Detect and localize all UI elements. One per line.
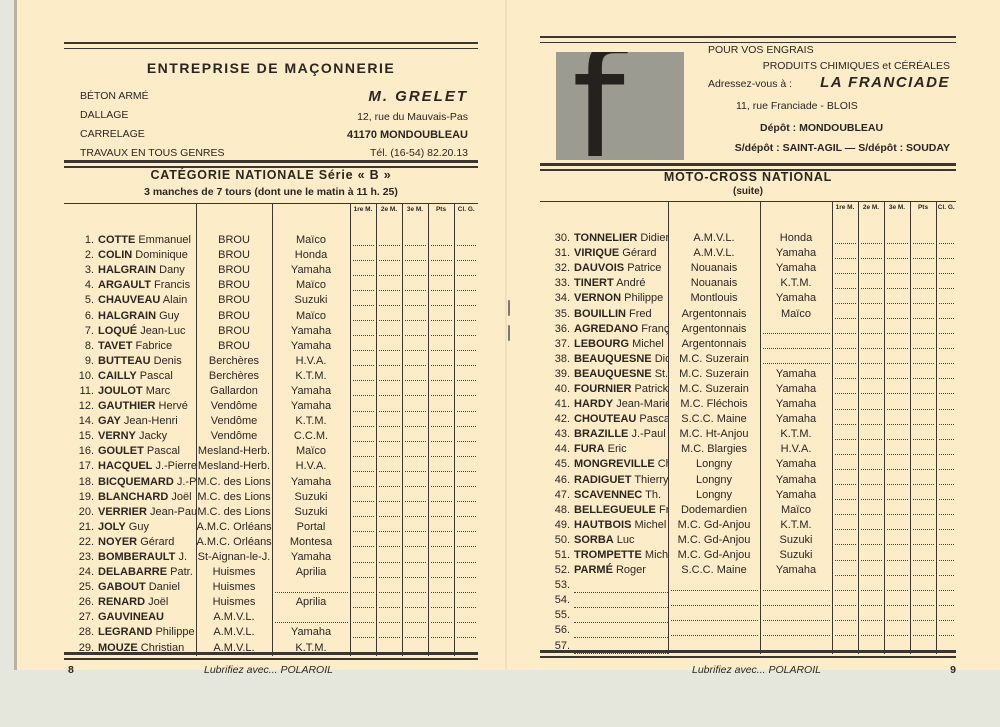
rider-row: 25.GABOUT DanielHuismes <box>64 580 478 595</box>
rider-last-name: LOQUÉ <box>98 325 137 337</box>
heat-3-score-field <box>405 622 426 623</box>
rider-number: 35. <box>540 307 570 322</box>
rider-motorcycle: Yamaha <box>272 550 350 565</box>
rider-number: 11. <box>64 384 94 399</box>
rider-motorcycle: Suzuki <box>272 293 350 308</box>
rider-number: 10. <box>64 369 94 384</box>
general-ranking-field <box>939 469 955 470</box>
rider-name-cell: 35.BOUILLIN Fred <box>540 306 668 321</box>
rider-number: 53. <box>540 578 570 593</box>
rider-first-name: Philippe <box>624 292 663 304</box>
rider-last-name: BICQUEMARD <box>98 476 174 488</box>
rider-last-name: AGREDANO <box>574 323 638 335</box>
rider-club: M.C. des Lions <box>196 505 272 520</box>
rider-motorcycle: K.T.M. <box>760 427 832 442</box>
rider-motorcycle: H.V.A. <box>272 354 350 369</box>
heat-3-score-field <box>405 335 426 336</box>
rider-last-name: HALGRAIN <box>98 310 156 322</box>
rider-club: A.M.V.L. <box>668 246 760 261</box>
col-header-3rd-heat: 3e M. <box>884 201 910 231</box>
rider-club: M.C. Gd-Anjou <box>668 548 760 563</box>
general-ranking-field <box>457 531 477 532</box>
points-score-field <box>913 439 934 440</box>
heat-3-score-field <box>405 426 426 427</box>
rider-name-cell: 46.RADIGUET Thierry <box>540 473 668 488</box>
rider-last-name: BEAUQUESNE <box>574 368 652 380</box>
rider-first-name: Joël <box>171 491 191 503</box>
page-gutter <box>505 0 507 670</box>
rider-first-name: Jean-Paul <box>150 506 196 518</box>
table-bottom-rule <box>64 652 478 660</box>
rider-last-name: GAUVINEAU <box>98 611 164 623</box>
heat-2-score-field <box>379 501 400 502</box>
general-ranking-field <box>939 560 955 561</box>
heat-3-score-field <box>405 411 426 412</box>
heat-2-score-field <box>379 380 400 381</box>
rider-row: 6.HALGRAIN GuyBROUMaïco <box>64 308 478 323</box>
rider-last-name: HAUTBOIS <box>574 519 631 531</box>
heat-3-score-field <box>405 365 426 366</box>
heat-3-score-field <box>405 562 426 563</box>
ad-service: CARRELAGE <box>80 128 145 140</box>
blank-entry-line <box>671 590 758 591</box>
rider-club: Longny <box>668 488 760 503</box>
rider-first-name: Francis <box>154 279 190 291</box>
rider-first-name: Hervé <box>159 400 188 412</box>
heat-3-score-field <box>405 441 426 442</box>
rider-number: 22. <box>64 535 94 550</box>
rider-number: 31. <box>540 246 570 261</box>
rider-row: 26.RENARD JoëlHuismesAprilia <box>64 595 478 610</box>
heat-3-score-field <box>405 486 426 487</box>
heat-3-score-field <box>887 318 908 319</box>
rider-club: M.C. des Lions <box>196 475 272 490</box>
heat-1-score-field <box>835 348 856 349</box>
rider-number: 54. <box>540 593 570 608</box>
rider-last-name: BLANCHARD <box>98 491 168 503</box>
rider-number: 27. <box>64 610 94 625</box>
heat-2-score-field <box>379 577 400 578</box>
heat-1-score-field <box>835 378 856 379</box>
blank-entry-line <box>671 635 758 636</box>
heat-2-score-field <box>861 303 882 304</box>
rider-row: 32.DAUVOIS PatriceNouanaisYamaha <box>540 261 956 276</box>
general-ranking-field <box>939 258 955 259</box>
general-ranking-field <box>939 424 955 425</box>
ad-phone: Tél. (16-54) 82.20.13 <box>370 147 468 159</box>
heat-1-score-field <box>353 531 374 532</box>
rider-motorcycle: Yamaha <box>760 367 832 382</box>
general-ranking-field <box>939 348 955 349</box>
rider-number: 23. <box>64 550 94 565</box>
category-title: CATÉGORIE NATIONALE Série « B » <box>64 168 478 182</box>
points-score-field <box>913 635 934 636</box>
rider-row: 15.VERNY JackyVendômeC.C.M. <box>64 429 478 444</box>
ad-title: ENTREPRISE DE MAÇONNERIE <box>64 60 478 76</box>
rider-first-name: J.-P. <box>177 476 196 488</box>
heat-1-score-field <box>835 243 856 244</box>
points-score-field <box>913 484 934 485</box>
rider-name-cell: 49.HAUTBOIS Michel <box>540 518 668 533</box>
rider-number: 2. <box>64 248 94 263</box>
points-score-field <box>913 469 934 470</box>
rider-number: 16. <box>64 444 94 459</box>
rider-row: 49.HAUTBOIS MichelM.C. Gd-AnjouK.T.M. <box>540 518 956 533</box>
general-ranking-field <box>939 333 955 334</box>
blank-entry-line <box>671 620 758 621</box>
rider-club: Huismes <box>196 580 272 595</box>
heat-3-score-field <box>887 499 908 500</box>
rider-last-name: CHOUTEAU <box>574 413 636 425</box>
rider-name-cell: 55. <box>540 608 668 623</box>
points-score-field <box>431 260 452 261</box>
heat-1-score-field <box>835 514 856 515</box>
rider-first-name: Philippe <box>155 626 194 638</box>
rider-first-name: Jacky <box>139 430 167 442</box>
rider-first-name: J.-Pierre <box>155 460 196 472</box>
rider-club: M.C. Gd-Anjou <box>668 518 760 533</box>
rider-club: M.C. Suzerain <box>668 352 760 367</box>
rider-club: Longny <box>668 457 760 472</box>
rider-last-name: JOLY <box>98 521 126 533</box>
ad-address: 11, rue Franciade - BLOIS <box>736 100 858 112</box>
heat-2-score-field <box>861 620 882 621</box>
rider-first-name: Michel <box>645 549 668 561</box>
col-header-1st-heat: 1re M. <box>832 201 858 231</box>
heat-1-score-field <box>835 454 856 455</box>
general-ranking-field <box>457 365 477 366</box>
heat-1-score-field <box>353 320 374 321</box>
rider-first-name: Emmanuel <box>138 234 191 246</box>
rider-club: Argentonnais <box>668 322 760 337</box>
general-ranking-field <box>939 575 955 576</box>
points-score-field <box>913 529 934 530</box>
rider-first-name: Gérard <box>622 247 656 259</box>
rider-name-cell: 39.BEAUQUESNE St. <box>540 367 668 382</box>
points-score-field <box>431 335 452 336</box>
heat-2-score-field <box>861 333 882 334</box>
page-number: 9 <box>950 664 956 676</box>
rider-first-name: St. <box>655 368 668 380</box>
rider-row: 8.TAVET FabriceBROUYamaha <box>64 339 478 354</box>
general-ranking-field <box>457 516 477 517</box>
rider-first-name: Joël <box>148 596 168 608</box>
rider-row: 17.HACQUEL J.-PierreMesland-Herb.H.V.A. <box>64 459 478 474</box>
heat-1-score-field <box>353 350 374 351</box>
blank-entry-line <box>763 605 830 606</box>
general-ranking-field <box>939 620 955 621</box>
heat-1-score-field <box>835 620 856 621</box>
heat-1-score-field <box>353 471 374 472</box>
rider-row: 36.AGREDANO Franç.Argentonnais <box>540 322 956 337</box>
rider-first-name: Guy <box>129 521 149 533</box>
rider-number: 6. <box>64 309 94 324</box>
rider-number: 20. <box>64 505 94 520</box>
rider-last-name: NOYER <box>98 536 137 548</box>
rider-name-cell: 54. <box>540 593 668 608</box>
rider-club: Huismes <box>196 565 272 580</box>
rider-motorcycle: Yamaha <box>272 475 350 490</box>
rider-number: 1. <box>64 233 94 248</box>
rider-row: 5.CHAUVEAU AlainBROUSuzuki <box>64 293 478 308</box>
rider-club: A.M.C. Orléans <box>196 535 272 550</box>
rider-club: Vendôme <box>196 429 272 444</box>
rider-number: 48. <box>540 503 570 518</box>
rider-row: 48.BELLEGUEULE Fr.DodemardienMaïco <box>540 503 956 518</box>
heat-2-score-field <box>379 637 400 638</box>
heat-3-score-field <box>405 350 426 351</box>
rider-motorcycle: Maïco <box>272 308 350 323</box>
ad-brand: LA FRANCIADE <box>820 74 950 91</box>
general-ranking-field <box>939 484 955 485</box>
rider-club: Nouanais <box>668 276 760 291</box>
heat-1-score-field <box>835 333 856 334</box>
rider-first-name: Did. <box>655 353 668 365</box>
blank-entry-line <box>763 363 830 364</box>
points-score-field <box>913 620 934 621</box>
points-score-field <box>913 409 934 410</box>
rider-number: 41. <box>540 397 570 412</box>
heat-3-score-field <box>887 303 908 304</box>
points-score-field <box>431 275 452 276</box>
rider-first-name: André <box>616 277 645 289</box>
rider-motorcycle: Yamaha <box>272 324 350 339</box>
heat-3-score-field <box>405 516 426 517</box>
general-ranking-field <box>939 499 955 500</box>
general-ranking-field <box>457 546 477 547</box>
rider-number: 26. <box>64 595 94 610</box>
rider-name-cell: 6.HALGRAIN Guy <box>64 308 196 323</box>
rider-number: 25. <box>64 580 94 595</box>
rider-number: 18. <box>64 475 94 490</box>
heat-3-score-field <box>887 393 908 394</box>
heat-2-score-field <box>861 318 882 319</box>
heat-1-score-field <box>835 303 856 304</box>
heat-3-score-field <box>405 260 426 261</box>
rider-first-name: Thierry <box>634 474 668 486</box>
heat-1-score-field <box>835 393 856 394</box>
rider-name-cell: 48.BELLEGUEULE Fr. <box>540 503 668 518</box>
rider-last-name: TROMPETTE <box>574 549 642 561</box>
heat-1-score-field <box>835 258 856 259</box>
heat-2-score-field <box>861 243 882 244</box>
rider-last-name: TONNELIER <box>574 232 637 244</box>
col-header-general-ranking: Cl. G. <box>454 203 478 233</box>
ad-line: PRODUITS CHIMIQUES et CÉRÉALES <box>763 60 950 72</box>
booklet-spread: ENTREPRISE DE MAÇONNERIE BÉTON ARMÉ DALL… <box>14 0 1000 670</box>
rider-club: S.C.C. Maine <box>668 563 760 578</box>
rider-motorcycle: Yamaha <box>760 382 832 397</box>
general-ranking-field <box>457 562 477 563</box>
heat-3-score-field <box>887 258 908 259</box>
rider-number: 15. <box>64 429 94 444</box>
points-score-field <box>431 320 452 321</box>
heat-1-score-field <box>353 577 374 578</box>
heat-3-score-field <box>405 380 426 381</box>
points-score-field <box>913 499 934 500</box>
rider-number: 14. <box>64 414 94 429</box>
rider-name-cell: 42.CHOUTEAU Pascal <box>540 412 668 427</box>
general-ranking-field <box>457 456 477 457</box>
rider-club: M.C. Blargies <box>668 442 760 457</box>
heat-3-score-field <box>405 531 426 532</box>
heat-3-score-field <box>405 290 426 291</box>
rider-first-name: Denis <box>154 355 182 367</box>
points-score-field <box>431 486 452 487</box>
heat-1-score-field <box>353 245 374 246</box>
category-subtitle: 3 manches de 7 tours (dont une le matin … <box>64 186 478 198</box>
heat-3-score-field <box>887 590 908 591</box>
general-ranking-field <box>457 501 477 502</box>
rider-name-cell: 3.HALGRAIN Dany <box>64 263 196 278</box>
ad-service: BÉTON ARMÉ <box>80 90 149 102</box>
rider-name-cell: 43.BRAZILLE J.-Paul <box>540 427 668 442</box>
points-score-field <box>431 637 452 638</box>
heat-3-score-field <box>887 243 908 244</box>
points-score-field <box>913 243 934 244</box>
heat-2-score-field <box>861 575 882 576</box>
footer-slogan: Lubrifiez avec... POLAROIL <box>692 664 821 676</box>
ad-bottom-rule <box>64 160 478 168</box>
points-score-field <box>431 607 452 608</box>
points-score-field <box>913 273 934 274</box>
rider-row: 37.LEBOURG MichelArgentonnais <box>540 337 956 352</box>
points-score-field <box>913 378 934 379</box>
heat-1-score-field <box>353 637 374 638</box>
rider-first-name: Michel <box>632 338 664 350</box>
rider-name-cell: 36.AGREDANO Franç. <box>540 322 668 337</box>
rider-row: 40.FOURNIER PatrickM.C. SuzerainYamaha <box>540 382 956 397</box>
rider-club: A.M.V.L. <box>668 231 760 246</box>
ad-service: DALLAGE <box>80 109 128 121</box>
heat-1-score-field <box>353 562 374 563</box>
rider-row: 47.SCAVENNEC Th.LongnyYamaha <box>540 488 956 503</box>
rider-row: 51.TROMPETTE MichelM.C. Gd-AnjouSuzuki <box>540 548 956 563</box>
rider-club: M.C. Fléchois <box>668 397 760 412</box>
points-score-field <box>431 516 452 517</box>
rider-club: BROU <box>196 339 272 354</box>
rider-motorcycle: Yamaha <box>272 399 350 414</box>
rider-row: 56. <box>540 623 956 638</box>
rider-name-cell: 1.COTTE Emmanuel <box>64 233 196 248</box>
heat-1-score-field <box>353 607 374 608</box>
heat-3-score-field <box>405 471 426 472</box>
points-score-field <box>431 395 452 396</box>
rider-motorcycle: Yamaha <box>760 291 832 306</box>
general-ranking-field <box>457 350 477 351</box>
rider-first-name: Pascal <box>147 445 180 457</box>
heat-1-score-field <box>353 456 374 457</box>
rider-last-name: MONGREVILLE <box>574 458 655 470</box>
rider-number: 21. <box>64 520 94 535</box>
blank-entry-line <box>763 620 830 621</box>
rider-row: 43.BRAZILLE J.-PaulM.C. Ht-AnjouK.T.M. <box>540 427 956 442</box>
ad-city: 41170 MONDOUBLEAU <box>347 129 468 141</box>
points-score-field <box>431 380 452 381</box>
blank-entry-line <box>671 605 758 606</box>
general-ranking-field <box>939 243 955 244</box>
heat-2-score-field <box>861 605 882 606</box>
col-header-points: Pts <box>910 201 936 231</box>
rider-club: Huismes <box>196 595 272 610</box>
rider-number: 51. <box>540 548 570 563</box>
rider-motorcycle: K.T.M. <box>760 518 832 533</box>
rider-row: 10.CAILLY PascalBerchèresK.T.M. <box>64 369 478 384</box>
rider-number: 33. <box>540 276 570 291</box>
general-ranking-field <box>457 305 477 306</box>
rider-last-name: HALGRAIN <box>98 264 156 276</box>
rider-club: Argentonnais <box>668 337 760 352</box>
rider-motorcycle: C.C.M. <box>272 429 350 444</box>
heat-2-score-field <box>379 562 400 563</box>
rider-motorcycle: Maïco <box>760 503 832 518</box>
general-ranking-field <box>939 288 955 289</box>
rider-number: 52. <box>540 563 570 578</box>
rider-number: 30. <box>540 231 570 246</box>
rider-first-name: Daniel <box>149 581 180 593</box>
blank-entry-line <box>574 627 668 638</box>
general-ranking-field <box>457 275 477 276</box>
rider-number: 45. <box>540 457 570 472</box>
heat-2-score-field <box>861 363 882 364</box>
heat-2-score-field <box>861 454 882 455</box>
points-score-field <box>913 424 934 425</box>
heat-2-score-field <box>379 426 400 427</box>
heat-3-score-field <box>887 409 908 410</box>
heat-2-score-field <box>861 484 882 485</box>
rider-motorcycle: H.V.A. <box>760 442 832 457</box>
rider-last-name: PARMÉ <box>574 564 613 576</box>
points-score-field <box>431 592 452 593</box>
heat-3-score-field <box>887 273 908 274</box>
rider-last-name: BOMBERAULT <box>98 551 175 563</box>
heat-2-score-field <box>379 260 400 261</box>
rider-first-name: Fred <box>629 308 652 320</box>
general-ranking-field <box>457 471 477 472</box>
heat-1-score-field <box>353 426 374 427</box>
rider-number: 56. <box>540 623 570 638</box>
left-page: ENTREPRISE DE MAÇONNERIE BÉTON ARMÉ DALL… <box>64 0 478 670</box>
rider-motorcycle: Yamaha <box>760 412 832 427</box>
rider-first-name: Alain <box>163 294 187 306</box>
rider-name-cell: 24.DELABARRE Patr. <box>64 565 196 580</box>
rider-last-name: COTTE <box>98 234 135 246</box>
heat-2-score-field <box>379 320 400 321</box>
heat-2-score-field <box>861 529 882 530</box>
rider-name-cell: 7.LOQUÉ Jean-Luc <box>64 324 196 339</box>
ad-address: 12, rue du Mauvais-Pas <box>357 111 468 123</box>
rider-last-name: TINERT <box>574 277 614 289</box>
general-ranking-field <box>939 635 955 636</box>
rider-name-cell: 25.GABOUT Daniel <box>64 580 196 595</box>
heat-3-score-field <box>405 305 426 306</box>
rider-name-cell: 27.GAUVINEAU <box>64 610 196 625</box>
rider-first-name: Jean-Luc <box>140 325 185 337</box>
rider-row: 18.BICQUEMARD J.-P.M.C. des LionsYamaha <box>64 475 478 490</box>
rider-first-name: Guy <box>159 310 179 322</box>
rider-row: 21.JOLY GuyA.M.C. OrléansPortal <box>64 520 478 535</box>
rider-name-cell: 26.RENARD Joël <box>64 595 196 610</box>
col-header-2nd-heat: 2e M. <box>376 203 402 233</box>
heat-2-score-field <box>379 411 400 412</box>
heat-3-score-field <box>887 484 908 485</box>
heat-1-score-field <box>835 529 856 530</box>
heat-2-score-field <box>861 560 882 561</box>
rider-row: 24.DELABARRE Patr.HuismesAprilia <box>64 565 478 580</box>
rider-club: A.M.V.L. <box>196 625 272 640</box>
heat-1-score-field <box>353 486 374 487</box>
heat-1-score-field <box>835 544 856 545</box>
